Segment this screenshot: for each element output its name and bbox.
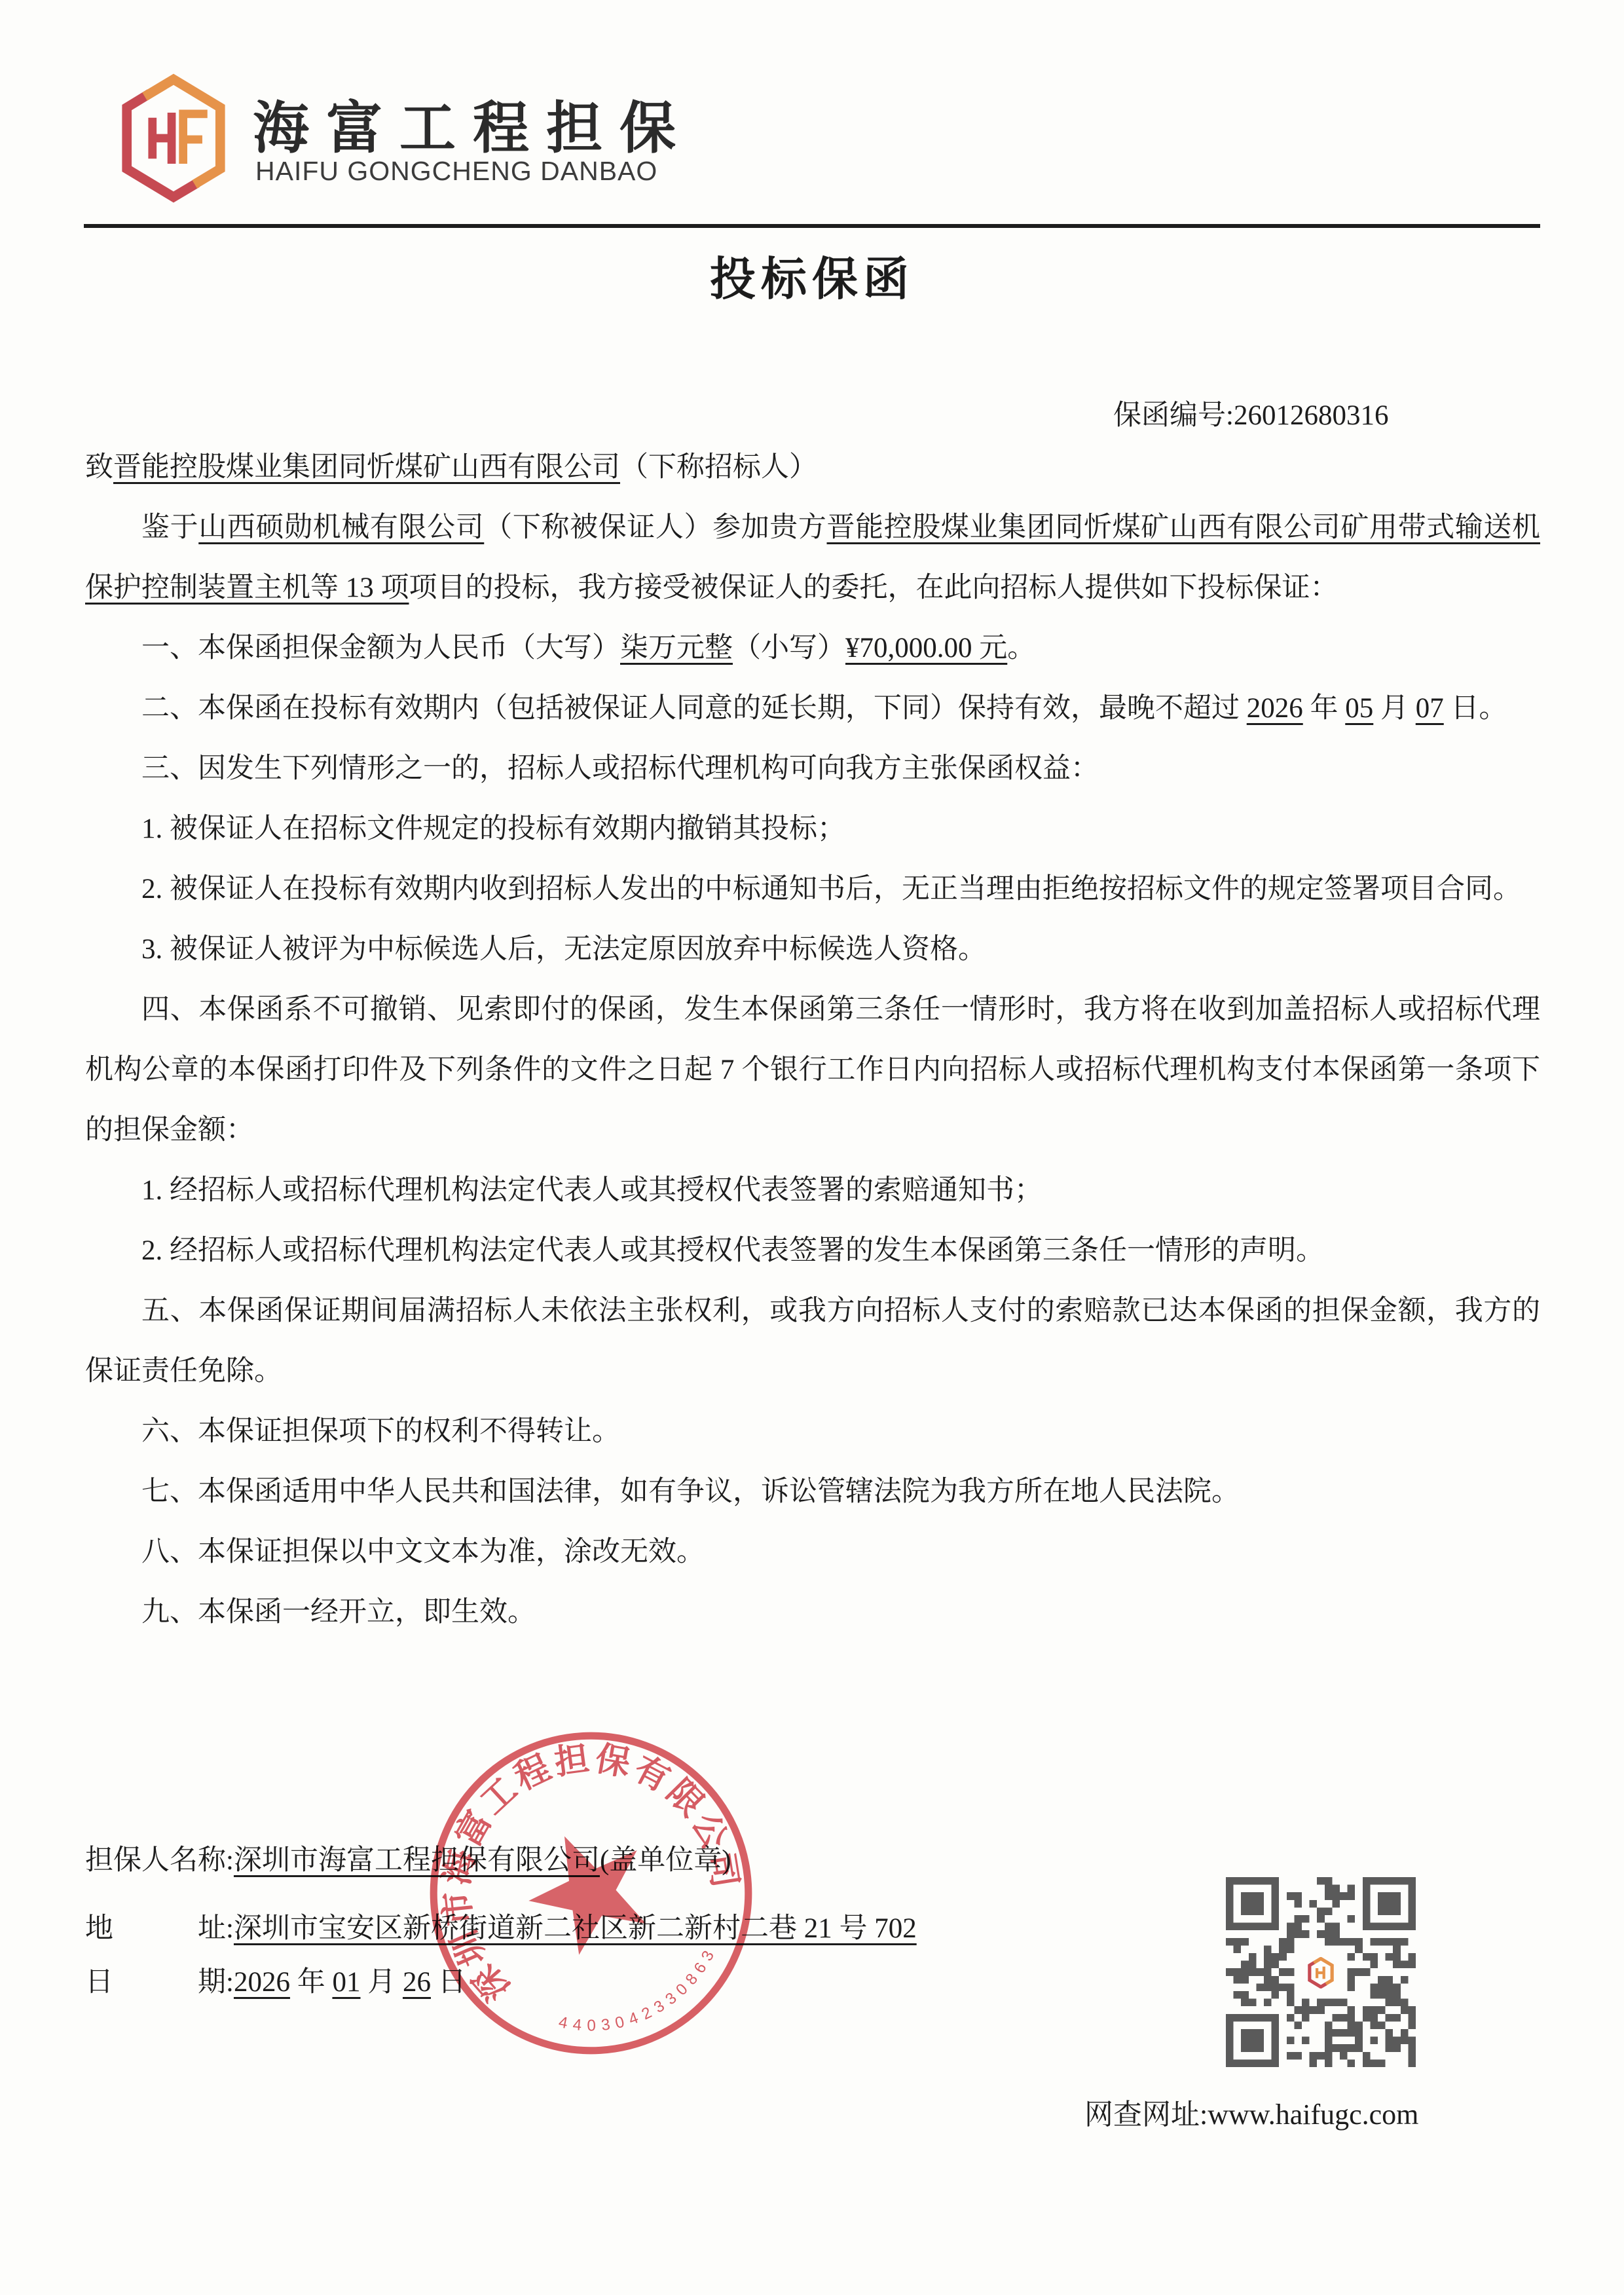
document-title: 投标保函 [0,242,1624,308]
text-segment: 01 [332,1967,360,1998]
text-segment: 山西硕勋机械有限公司 [198,512,484,543]
company-stamp: 深圳市海富工程担保有限公司 4403042330863 [419,1721,763,2065]
body-paragraph-clause-4: 四、本保函系不可撤销、见索即付的保函，发生本保函第三条任一情形时，我方将在收到加… [85,980,1540,1161]
body-paragraph-clause-3: 三、因发生下列情形之一的，招标人或招标代理机构可向我方主张保函权益： [85,739,1540,799]
text-segment: 二、本保函在投标有效期内（包括被保证人同意的延长期，下同）保持有效，最晚不超过 [141,693,1247,724]
qr-haifu-logo-icon [1308,1957,1334,1988]
text-segment: 四、本保函系不可撤销、见索即付的保函，发生本保函第三条任一情形时，我方将在收到加… [85,994,1540,1146]
body-paragraph-clause-8: 八、本保证担保以中文文本为准，涂改无效。 [85,1522,1540,1582]
addressee-line: 致晋能控股煤业集团同忻煤矿山西有限公司（下称招标人） [85,438,1540,498]
text-segment: 鉴于 [141,512,198,543]
text-segment: : [226,1967,234,1998]
text-segment: 致 [85,452,113,483]
text-segment: 年 [1303,693,1346,724]
text-segment: 九、本保函一经开立，即生效。 [141,1597,536,1628]
stamp-star-icon [510,1811,667,1964]
header-divider [84,224,1540,228]
text-segment: 项目的投标，我方接受被保证人的委托，在此向招标人提供如下投标保证： [409,572,1338,603]
guarantee-ref-number: 保函编号:26012680316 [1113,393,1388,433]
brand-name-pinyin: HAIFU GONGCHENG DANBAO [255,156,657,187]
text-segment: 1. 被保证人在招标文件规定的投标有效期内撤销其投标； [141,813,845,844]
haifu-logo-icon [119,73,228,203]
body-paragraph-clause-7: 七、本保函适用中华人民共和国法律，如有争议，诉讼管辖法院为我方所在地人民法院。 [85,1462,1540,1522]
text-segment: （下称招标人） [620,452,817,483]
body-paragraph-item-4-1: 1. 经招标人或招标代理机构法定代表人或其授权代表签署的索赔通知书； [85,1161,1540,1221]
text-segment: 六、本保证担保项下的权利不得转让。 [141,1416,620,1447]
body-paragraph-whereas: 鉴于山西硕勋机械有限公司（下称被保证人）参加贵方晋能控股煤业集团同忻煤矿山西有限… [85,498,1540,618]
text-segment: 五、本保函保证期间届满招标人未依法主张权利，或我方向招标人支付的索赔款已达本保函… [85,1296,1540,1387]
body-paragraph-clause-6: 六、本保证担保项下的权利不得转让。 [85,1402,1540,1462]
text-segment: 担保人名称: [85,1845,234,1876]
text-segment: 3. 被保证人被评为中标候选人后，无法定原因放弃中标候选人资格。 [141,934,986,965]
text-segment: 日。 [1444,693,1507,724]
text-segment: 2026 [234,1967,290,1998]
text-segment: 1. 经招标人或招标代理机构法定代表人或其授权代表签署的索赔通知书； [141,1175,1043,1206]
text-segment: （小写） [733,633,845,663]
text-segment: 2026 [1247,693,1303,724]
text-segment: 月 [1373,693,1416,724]
text-segment: 07 [1416,693,1444,724]
qr-center-logo [1304,1954,1337,1991]
verification-url: 网查网址:www.haifugc.com [1084,2091,1418,2133]
body-paragraph-item-4-2: 2. 经招标人或招标代理机构法定代表人或其授权代表签署的发生本保函第三条任一情形… [85,1221,1540,1281]
body-paragraph-item-3-1: 1. 被保证人在招标文件规定的投标有效期内撤销其投标； [85,799,1540,859]
text-segment: 年 [290,1967,333,1998]
text-segment: ¥70,000.00 元 [845,633,1007,663]
brand-name-chinese: 海富工程担保 [253,83,693,164]
text-segment: 日期 [85,1960,226,2000]
letter-body: 致晋能控股煤业集团同忻煤矿山西有限公司（下称招标人） 鉴于山西硕勋机械有限公司（… [85,438,1540,1643]
date-line: 日期:2026 年 01 月 26 日 [85,1960,466,2000]
body-paragraph-item-3-3: 3. 被保证人被评为中标候选人后，无法定原因放弃中标候选人资格。 [85,920,1540,980]
text-segment: : [226,1913,234,1944]
text-segment: 月 [360,1967,403,1998]
text-segment: 七、本保函适用中华人民共和国法律，如有争议，诉讼管辖法院为我方所在地人民法院。 [141,1476,1240,1507]
text-segment: 地址 [85,1906,226,1946]
body-paragraph-clause-5: 五、本保函保证期间届满招标人未依法主张权利，或我方向招标人支付的索赔款已达本保函… [85,1281,1540,1402]
text-segment: 。 [1007,633,1035,663]
scanned-document-page: 海富工程担保 HAIFU GONGCHENG DANBAO 投标保函 保函编号:… [0,0,1624,2295]
text-segment: 05 [1345,693,1373,724]
text-segment: 2. 经招标人或招标代理机构法定代表人或其授权代表签署的发生本保函第三条任一情形… [141,1235,1324,1266]
body-paragraph-clause-9: 九、本保函一经开立，即生效。 [85,1582,1540,1643]
text-segment: 柒万元整 [620,633,733,663]
text-segment: 晋能控股煤业集团同忻煤矿山西有限公司 [113,452,620,483]
body-paragraph-clause-1: 一、本保函担保金额为人民币（大写）柒万元整（小写）¥70,000.00 元。 [85,618,1540,679]
text-segment: 一、本保函担保金额为人民币（大写） [141,633,620,663]
text-segment: 三、因发生下列情形之一的，招标人或招标代理机构可向我方主张保函权益： [141,753,1099,784]
text-segment: （下称被保证人）参加贵方 [484,512,826,543]
body-paragraph-item-3-2: 2. 被保证人在投标有效期内收到招标人发出的中标通知书后，无正当理由拒绝按招标文… [85,859,1540,920]
text-segment: 八、本保证担保以中文文本为准，涂改无效。 [141,1537,705,1567]
body-paragraph-clause-2: 二、本保函在投标有效期内（包括被保证人同意的延长期，下同）保持有效，最晚不超过 … [85,679,1540,739]
text-segment: 2. 被保证人在投标有效期内收到招标人发出的中标通知书后，无正当理由拒绝按招标文… [141,874,1521,905]
